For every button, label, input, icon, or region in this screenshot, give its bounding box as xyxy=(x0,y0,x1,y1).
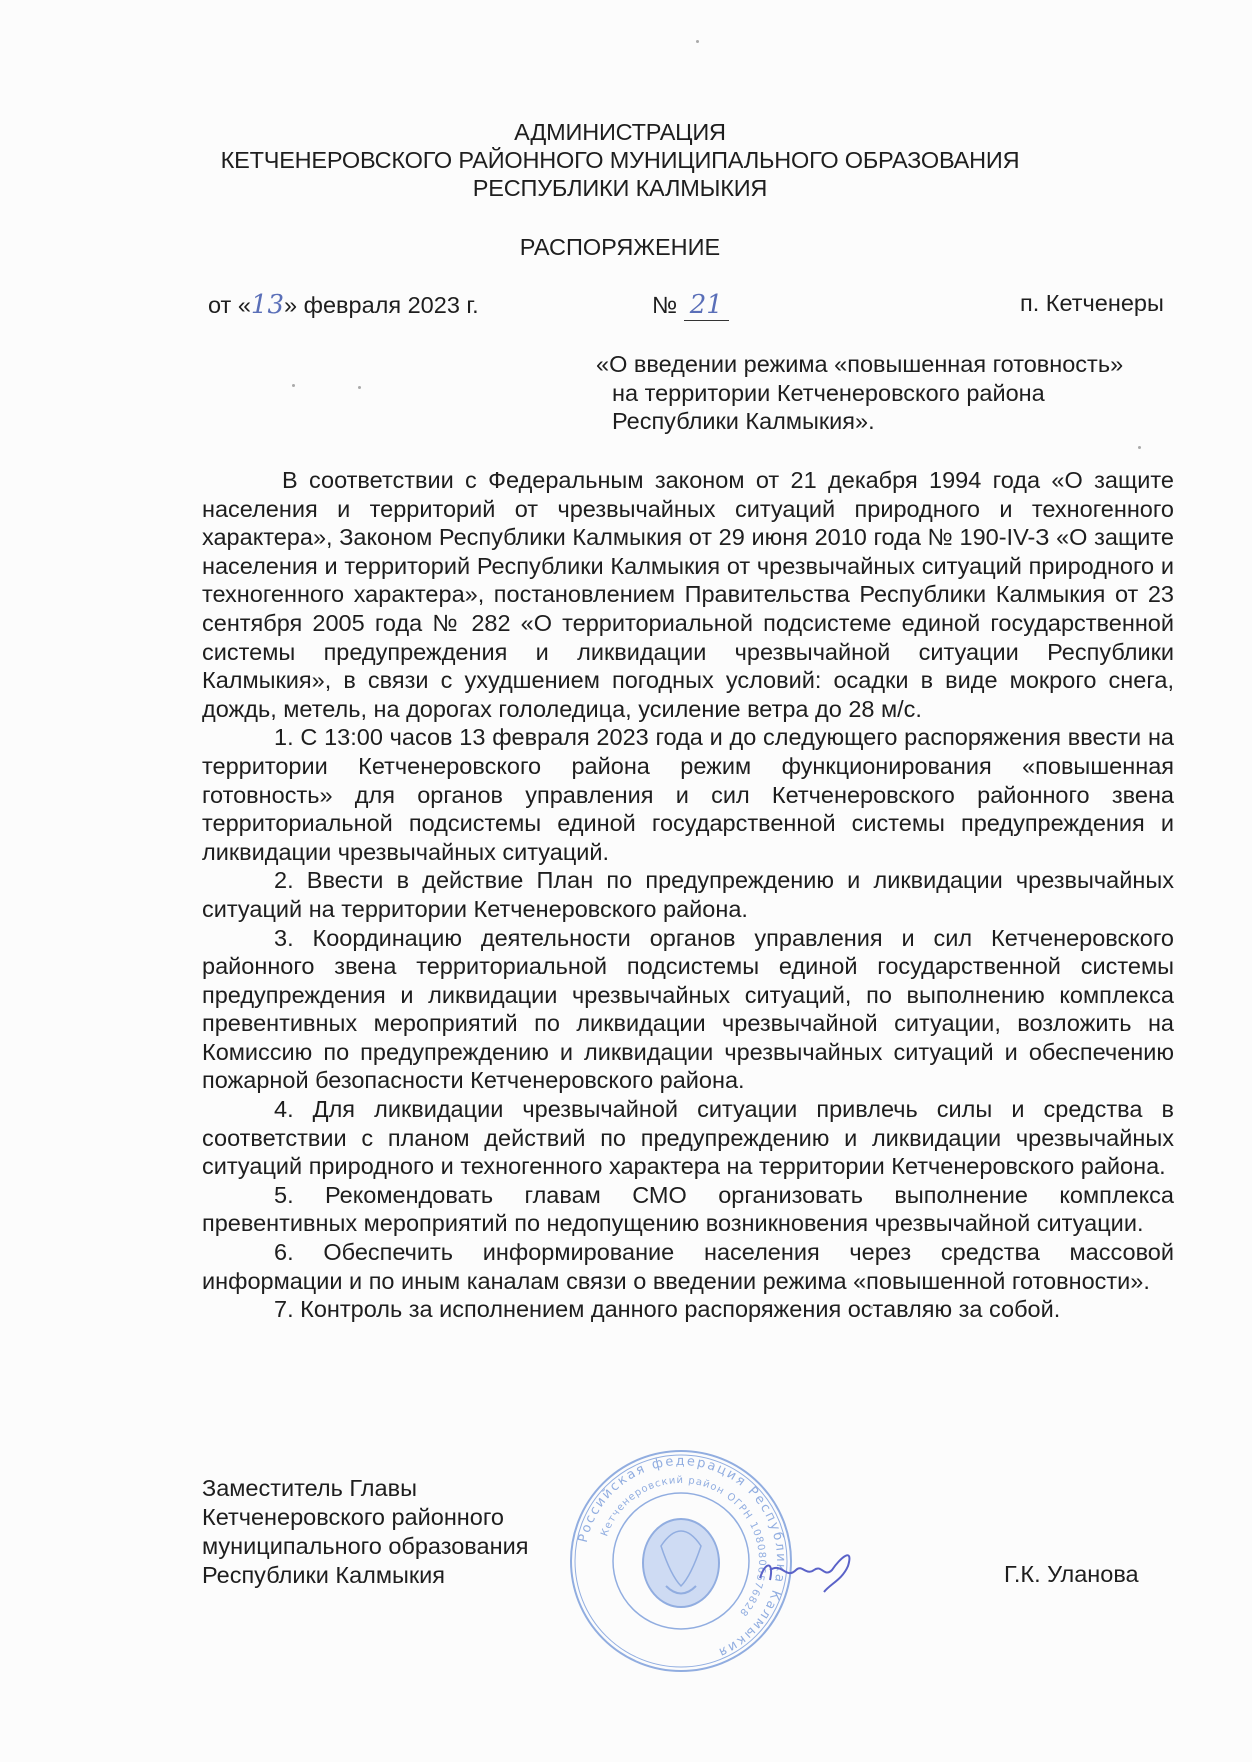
document-place: п. Кетченеры xyxy=(1020,290,1164,317)
handwritten-day: 13 xyxy=(251,290,284,320)
signatory-title: Заместитель Главы Кетченеровского районн… xyxy=(202,1474,528,1590)
scan-speck xyxy=(358,386,361,389)
handwritten-number: 21 xyxy=(684,290,729,321)
document-page: АДМИНИСТРАЦИЯ КЕТЧЕНЕРОВСКОГО РАЙОННОГО … xyxy=(0,0,1252,1762)
header-line-2: КЕТЧЕНЕРОВСКОГО РАЙОННОГО МУНИЦИПАЛЬНОГО… xyxy=(0,146,1252,174)
item-5: 5. Рекомендовать главам СМО организовать… xyxy=(202,1181,1174,1238)
scan-speck xyxy=(292,384,295,387)
item-1: 1. С 13:00 часов 13 февраля 2023 года и … xyxy=(202,723,1174,866)
signatory-name: Г.К. Уланова xyxy=(1004,1561,1139,1588)
document-number: № 21 xyxy=(652,290,729,320)
header-line-1: АДМИНИСТРАЦИЯ xyxy=(0,118,1252,146)
scan-speck xyxy=(696,40,699,43)
handwritten-signature-icon xyxy=(752,1540,862,1600)
item-6: 6. Обеспечить информирование населения ч… xyxy=(202,1238,1174,1295)
preamble-paragraph: В соответствии с Федеральным законом от … xyxy=(202,466,1174,723)
item-3: 3. Координацию деятельности органов упра… xyxy=(202,924,1174,1096)
item-7: 7. Контроль за исполнением данного распо… xyxy=(202,1295,1174,1324)
document-body: В соответствии с Федеральным законом от … xyxy=(202,466,1174,1324)
scan-speck xyxy=(1138,446,1141,449)
document-date: от «13» февраля 2023 г. xyxy=(208,290,479,320)
document-subject: «О введении режима «повышенная готовност… xyxy=(596,350,1123,436)
item-4: 4. Для ликвидации чрезвычайной ситуации … xyxy=(202,1095,1174,1181)
scan-speck xyxy=(870,1306,873,1309)
header-line-3: РЕСПУБЛИКИ КАЛМЫКИЯ xyxy=(0,174,1252,202)
document-type-title: РАСПОРЯЖЕНИЕ xyxy=(0,234,1252,261)
item-2: 2. Ввести в действие План по предупрежде… xyxy=(202,866,1174,923)
issuer-header: АДМИНИСТРАЦИЯ КЕТЧЕНЕРОВСКОГО РАЙОННОГО … xyxy=(0,118,1252,202)
